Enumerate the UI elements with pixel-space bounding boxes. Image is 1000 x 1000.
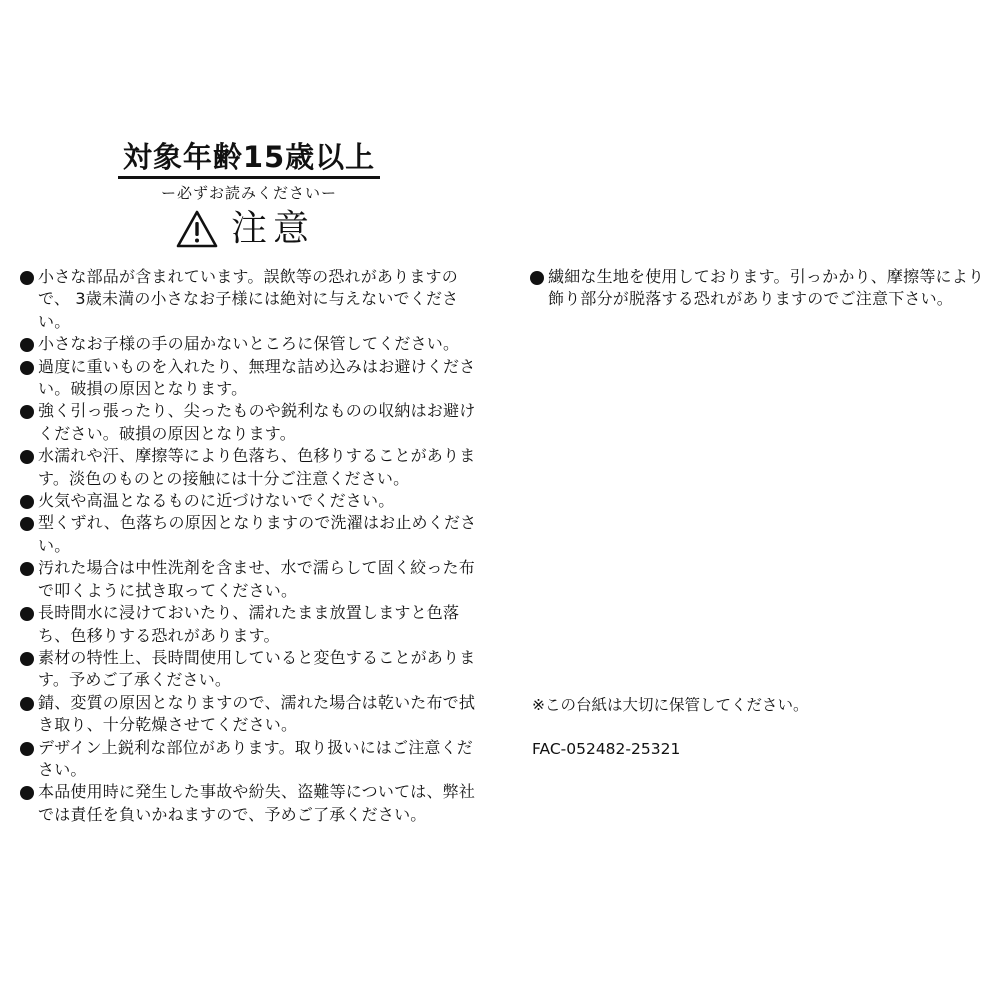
list-item: 繊細な生地を使用しております。引っかかり、摩擦等により飾り部分が脱落する恐れがあ… bbox=[530, 266, 990, 311]
product-code: FAC-052482-25321 bbox=[532, 738, 680, 760]
list-item: デザイン上鋭利な部位があります。取り扱いにはご注意ください。 bbox=[20, 737, 480, 782]
bullet-icon bbox=[20, 405, 34, 419]
bullet-icon bbox=[20, 562, 34, 576]
list-item: 小さな部品が含まれています。誤飲等の恐れがありますので、 3歳未満の小さなお子様… bbox=[20, 266, 480, 333]
bullet-icon bbox=[20, 271, 34, 285]
bullet-icon bbox=[20, 697, 34, 711]
warning-triangle-icon bbox=[175, 209, 219, 249]
bullet-icon bbox=[20, 450, 34, 464]
caution-heading: 注意 bbox=[110, 207, 380, 251]
bullet-icon bbox=[530, 271, 544, 285]
bullet-icon bbox=[20, 361, 34, 375]
list-item: 小さなお子様の手の届かないところに保管してください。 bbox=[20, 333, 480, 355]
list-item: 火気や高温となるものに近づけないでください。 bbox=[20, 490, 480, 512]
bullet-icon bbox=[20, 607, 34, 621]
bullet-icon bbox=[20, 495, 34, 509]
bullet-icon bbox=[20, 786, 34, 800]
caution-header: 対象年齢15歳以上 ー必ずお読みくださいー 注意 bbox=[118, 140, 380, 251]
list-item: 本品使用時に発生した事故や紛失、盗難等については、弊社では責任を負いかねますので… bbox=[20, 781, 480, 826]
bullet-icon bbox=[20, 652, 34, 666]
bullet-icon bbox=[20, 517, 34, 531]
caution-list-right: 繊細な生地を使用しております。引っかかり、摩擦等により飾り部分が脱落する恐れがあ… bbox=[530, 266, 990, 311]
bullet-icon bbox=[20, 742, 34, 756]
list-item: 錆、変質の原因となりますので、濡れた場合は乾いた布で拭き取り、十分乾燥させてくだ… bbox=[20, 692, 480, 737]
list-item: 汚れた場合は中性洗剤を含ませ、水で濡らして固く絞った布で叩くように拭き取ってくだ… bbox=[20, 557, 480, 602]
list-item: 水濡れや汗、摩擦等により色落ち、色移りすることがあります。淡色のものとの接触には… bbox=[20, 445, 480, 490]
list-item: 過度に重いものを入れたり、無理な詰め込みはお避けください。破損の原因となります。 bbox=[20, 356, 480, 401]
list-item: 強く引っ張ったり、尖ったものや鋭利なものの収納はお避けください。破損の原因となり… bbox=[20, 400, 480, 445]
must-read-subtitle: ー必ずお読みくださいー bbox=[118, 183, 380, 203]
list-item: 素材の特性上、長時間使用していると変色することがあります。予めご了承ください。 bbox=[20, 647, 480, 692]
caution-list-left: 小さな部品が含まれています。誤飲等の恐れがありますので、 3歳未満の小さなお子様… bbox=[20, 266, 480, 826]
bullet-icon bbox=[20, 338, 34, 352]
title-underline bbox=[118, 176, 380, 179]
age-restriction-title: 対象年齢15歳以上 bbox=[118, 140, 380, 174]
keep-card-note: ※この台紙は大切に保管してください。 bbox=[532, 694, 809, 716]
list-item: 型くずれ、色落ちの原因となりますので洗濯はお止めください。 bbox=[20, 512, 480, 557]
list-item: 長時間水に浸けておいたり、濡れたまま放置しますと色落ち、色移りする恐れがあります… bbox=[20, 602, 480, 647]
caution-title: 注意 bbox=[231, 207, 315, 251]
